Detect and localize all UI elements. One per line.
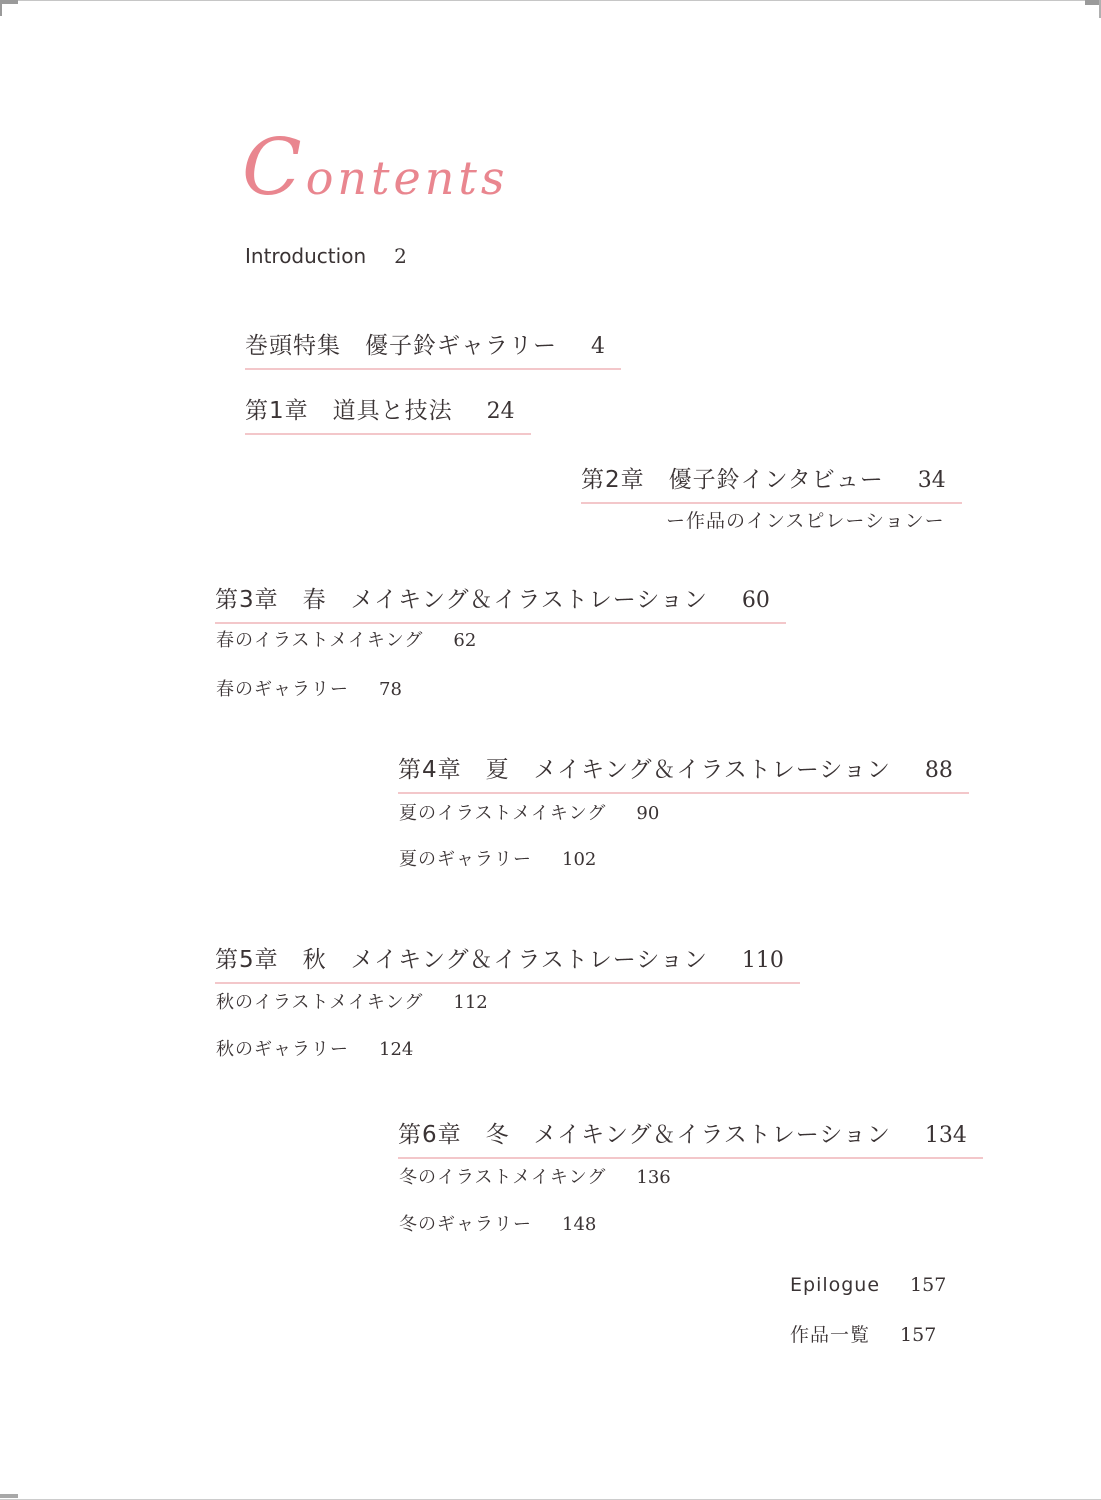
toc-entry-label: 巻頭特集 優子鈴ギャラリー — [245, 333, 557, 359]
toc-entry-label: 夏のイラストメイキング — [399, 803, 606, 824]
toc-entry-page-number: 24 — [487, 399, 515, 424]
toc-entry-page-number: 157 — [900, 1324, 936, 1346]
toc-entry-page-number: 124 — [379, 1039, 413, 1060]
toc-entry-page-number: 157 — [910, 1274, 946, 1296]
toc-entry-label: 秋のイラストメイキング — [216, 992, 423, 1013]
toc-entry-chapter-2: 第2章 優子鈴インタビュー34 — [581, 461, 962, 504]
toc-subentry-summer-gallery: 夏のギャラリー102 — [399, 845, 596, 871]
toc-entry-introduction: Introduction2 — [245, 244, 407, 268]
toc-entry-page-number: 4 — [591, 334, 605, 359]
toc-entry-page-number: 112 — [453, 992, 487, 1013]
toc-subentry-spring-making: 春のイラストメイキング62 — [216, 626, 476, 652]
toc-entry-label: 第6章 冬 メイキング＆イラストレーション — [398, 1122, 891, 1148]
scan-mark-top-edge — [0, 0, 1101, 1]
toc-subentry-winter-gallery: 冬のギャラリー148 — [399, 1210, 596, 1236]
toc-entry-page-number: 148 — [562, 1214, 596, 1235]
toc-entry-chapter-1: 第1章 道具と技法24 — [245, 392, 531, 435]
toc-subentry-autumn-making: 秋のイラストメイキング112 — [216, 988, 488, 1014]
toc-entry-label: Epilogue — [790, 1274, 880, 1296]
toc-entry-page-number: 78 — [379, 679, 402, 700]
toc-entry-chapter-2-subtitle: ー作品のインスピレーションー — [666, 506, 945, 533]
toc-subentry-spring-gallery: 春のギャラリー78 — [216, 675, 402, 701]
toc-entry-label: 第5章 秋 メイキング＆イラストレーション — [215, 947, 708, 973]
toc-subentry-autumn-gallery: 秋のギャラリー124 — [216, 1035, 413, 1061]
toc-entry-label: 秋のギャラリー — [216, 1039, 349, 1060]
toc-entry-page-number: 90 — [636, 803, 659, 824]
toc-subentry-summer-making: 夏のイラストメイキング90 — [399, 799, 659, 825]
toc-entry-chapter-6: 第6章 冬 メイキング＆イラストレーション134 — [398, 1116, 983, 1159]
scan-mark-top-left-tick — [0, 0, 2, 16]
toc-entry-page-number: 134 — [925, 1123, 967, 1148]
toc-entry-chapter-4: 第4章 夏 メイキング＆イラストレーション88 — [398, 751, 969, 794]
toc-entry-label: 冬のギャラリー — [399, 1214, 532, 1235]
toc-entry-page-number: 136 — [636, 1167, 670, 1188]
toc-entry-label: 夏のギャラリー — [399, 849, 532, 870]
toc-entry-works-list: 作品一覧157 — [790, 1320, 936, 1347]
toc-entry-page-number: 34 — [918, 468, 946, 493]
toc-entry-label: 第3章 春 メイキング＆イラストレーション — [215, 587, 708, 613]
toc-entry-special-feature: 巻頭特集 優子鈴ギャラリー4 — [245, 327, 621, 370]
toc-entry-label: Introduction — [245, 244, 366, 268]
page-title-contents: Contents — [242, 126, 508, 212]
toc-entry-label: 第4章 夏 メイキング＆イラストレーション — [398, 757, 891, 783]
toc-entry-page-number: 2 — [394, 244, 407, 268]
toc-entry-chapter-3: 第3章 春 メイキング＆イラストレーション60 — [215, 581, 786, 624]
toc-entry-chapter-5: 第5章 秋 メイキング＆イラストレーション110 — [215, 941, 800, 984]
toc-entry-page-number: 110 — [742, 948, 784, 973]
toc-entry-label: 第1章 道具と技法 — [245, 398, 453, 424]
toc-entry-label: 作品一覧 — [790, 1324, 870, 1346]
toc-entry-label: 春のイラストメイキング — [216, 630, 423, 651]
toc-entry-page-number: 60 — [742, 588, 770, 613]
toc-entry-page-number: 102 — [562, 849, 596, 870]
toc-entry-page-number: 88 — [925, 758, 953, 783]
toc-entry-label: 第2章 優子鈴インタビュー — [581, 467, 884, 493]
scan-mark-top-left — [0, 0, 18, 4]
toc-entry-label: 春のギャラリー — [216, 679, 349, 700]
scan-mark-bottom-left — [0, 1494, 18, 1498]
toc-entry-label: 冬のイラストメイキング — [399, 1167, 606, 1188]
toc-subentry-winter-making: 冬のイラストメイキング136 — [399, 1163, 671, 1189]
toc-entry-page-number: 62 — [453, 630, 476, 651]
toc-entry-epilogue: Epilogue157 — [790, 1274, 946, 1296]
